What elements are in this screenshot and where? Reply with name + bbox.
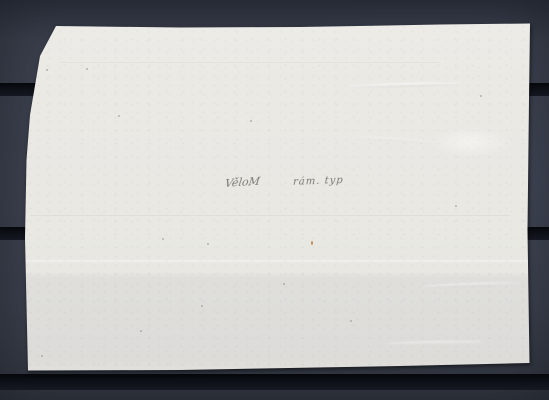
paper-edge-shading	[0, 0, 549, 400]
pencil-expert-signature: VěloM	[224, 175, 261, 191]
stamp-paper-back: VěloM rám. typ	[0, 0, 549, 400]
photo-stage: VěloM rám. typ	[0, 0, 549, 400]
stamp-paper-wrap: VěloM rám. typ	[0, 0, 549, 400]
pencil-type-note: rám. typ	[293, 175, 344, 188]
